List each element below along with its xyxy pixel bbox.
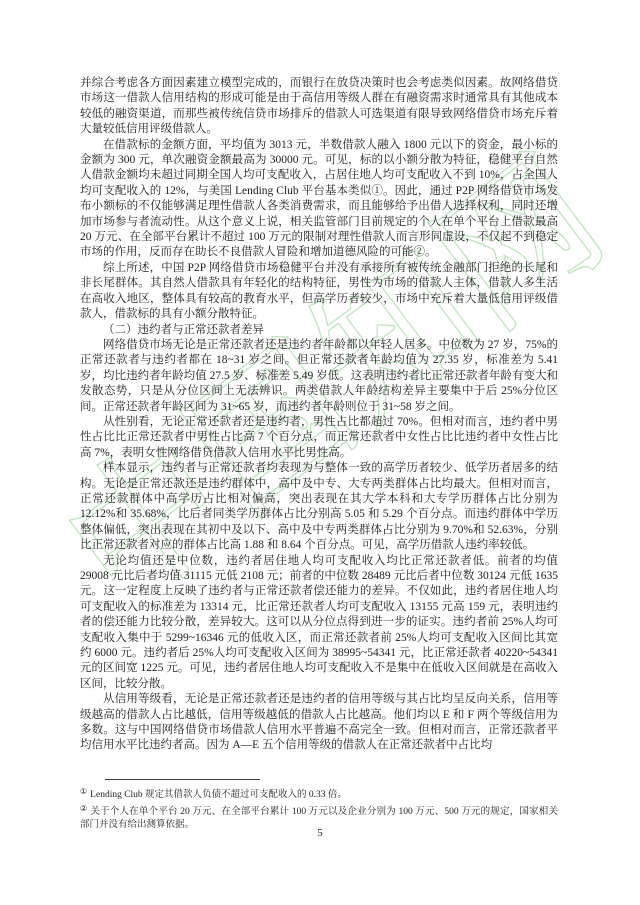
footnote-marker: ② [80,804,87,813]
paragraph: 从性别看，无论正常还款者还是违约者，男性占比都超过 70%。但相对而言，违约者中… [80,415,558,461]
paragraph: 综上所述，中国 P2P 网络借贷市场稳健平台并没有承接所有被传统金融部门拒绝的长… [80,261,558,323]
paragraph: 从信用等级看，无论是正常还款者还是违约者的信用等级与其占比均呈反向关系，信用等级… [80,692,558,754]
paragraph: 无论均值还是中位数，违约者居住地人均可支配收入均比正常还款者低。前者的均值 29… [80,554,558,693]
footnote-text: Lending Club 规定其借款人负债不超过可支配收入的 0.33 倍。 [90,790,347,800]
section-heading: （二）违约者与正常还款者差异 [80,323,558,338]
body-text: 并综合考虑各方面因素建立模型完成的，而银行在放贷决策时也会考虑类似因素。故网络借… [80,76,558,754]
footnote-block: ①Lending Club 规定其借款人负债不超过可支配收入的 0.33 倍。 … [80,779,558,832]
footnote-marker: ① [80,787,87,796]
paragraph-continuation: 并综合考虑各方面因素建立模型完成的，而银行在放贷决策时也会考虑类似因素。故网络借… [80,76,558,138]
paragraph: 样本显示，违约者与正常还款者均表现为与整体一致的高学历者较少、低学历者居多的结构… [80,461,558,553]
footnote-separator [105,779,260,780]
page-number: 5 [0,827,640,839]
paper-page: 中国知网 并综合考虑各方面因素建立模型完成的，而银行在放贷决策时也会考虑类似因素… [0,0,640,905]
paragraph: 在借款标的金额方面，平均值为 3013 元，半数借款人融入 1800 元以下的资… [80,138,558,261]
footnote: ①Lending Club 规定其借款人负债不超过可支配收入的 0.33 倍。 [80,785,558,802]
paragraph: 网络借贷市场无论是正常还款者还是违约者年龄都以年轻人居多。中位数为 27 岁，7… [80,338,558,415]
